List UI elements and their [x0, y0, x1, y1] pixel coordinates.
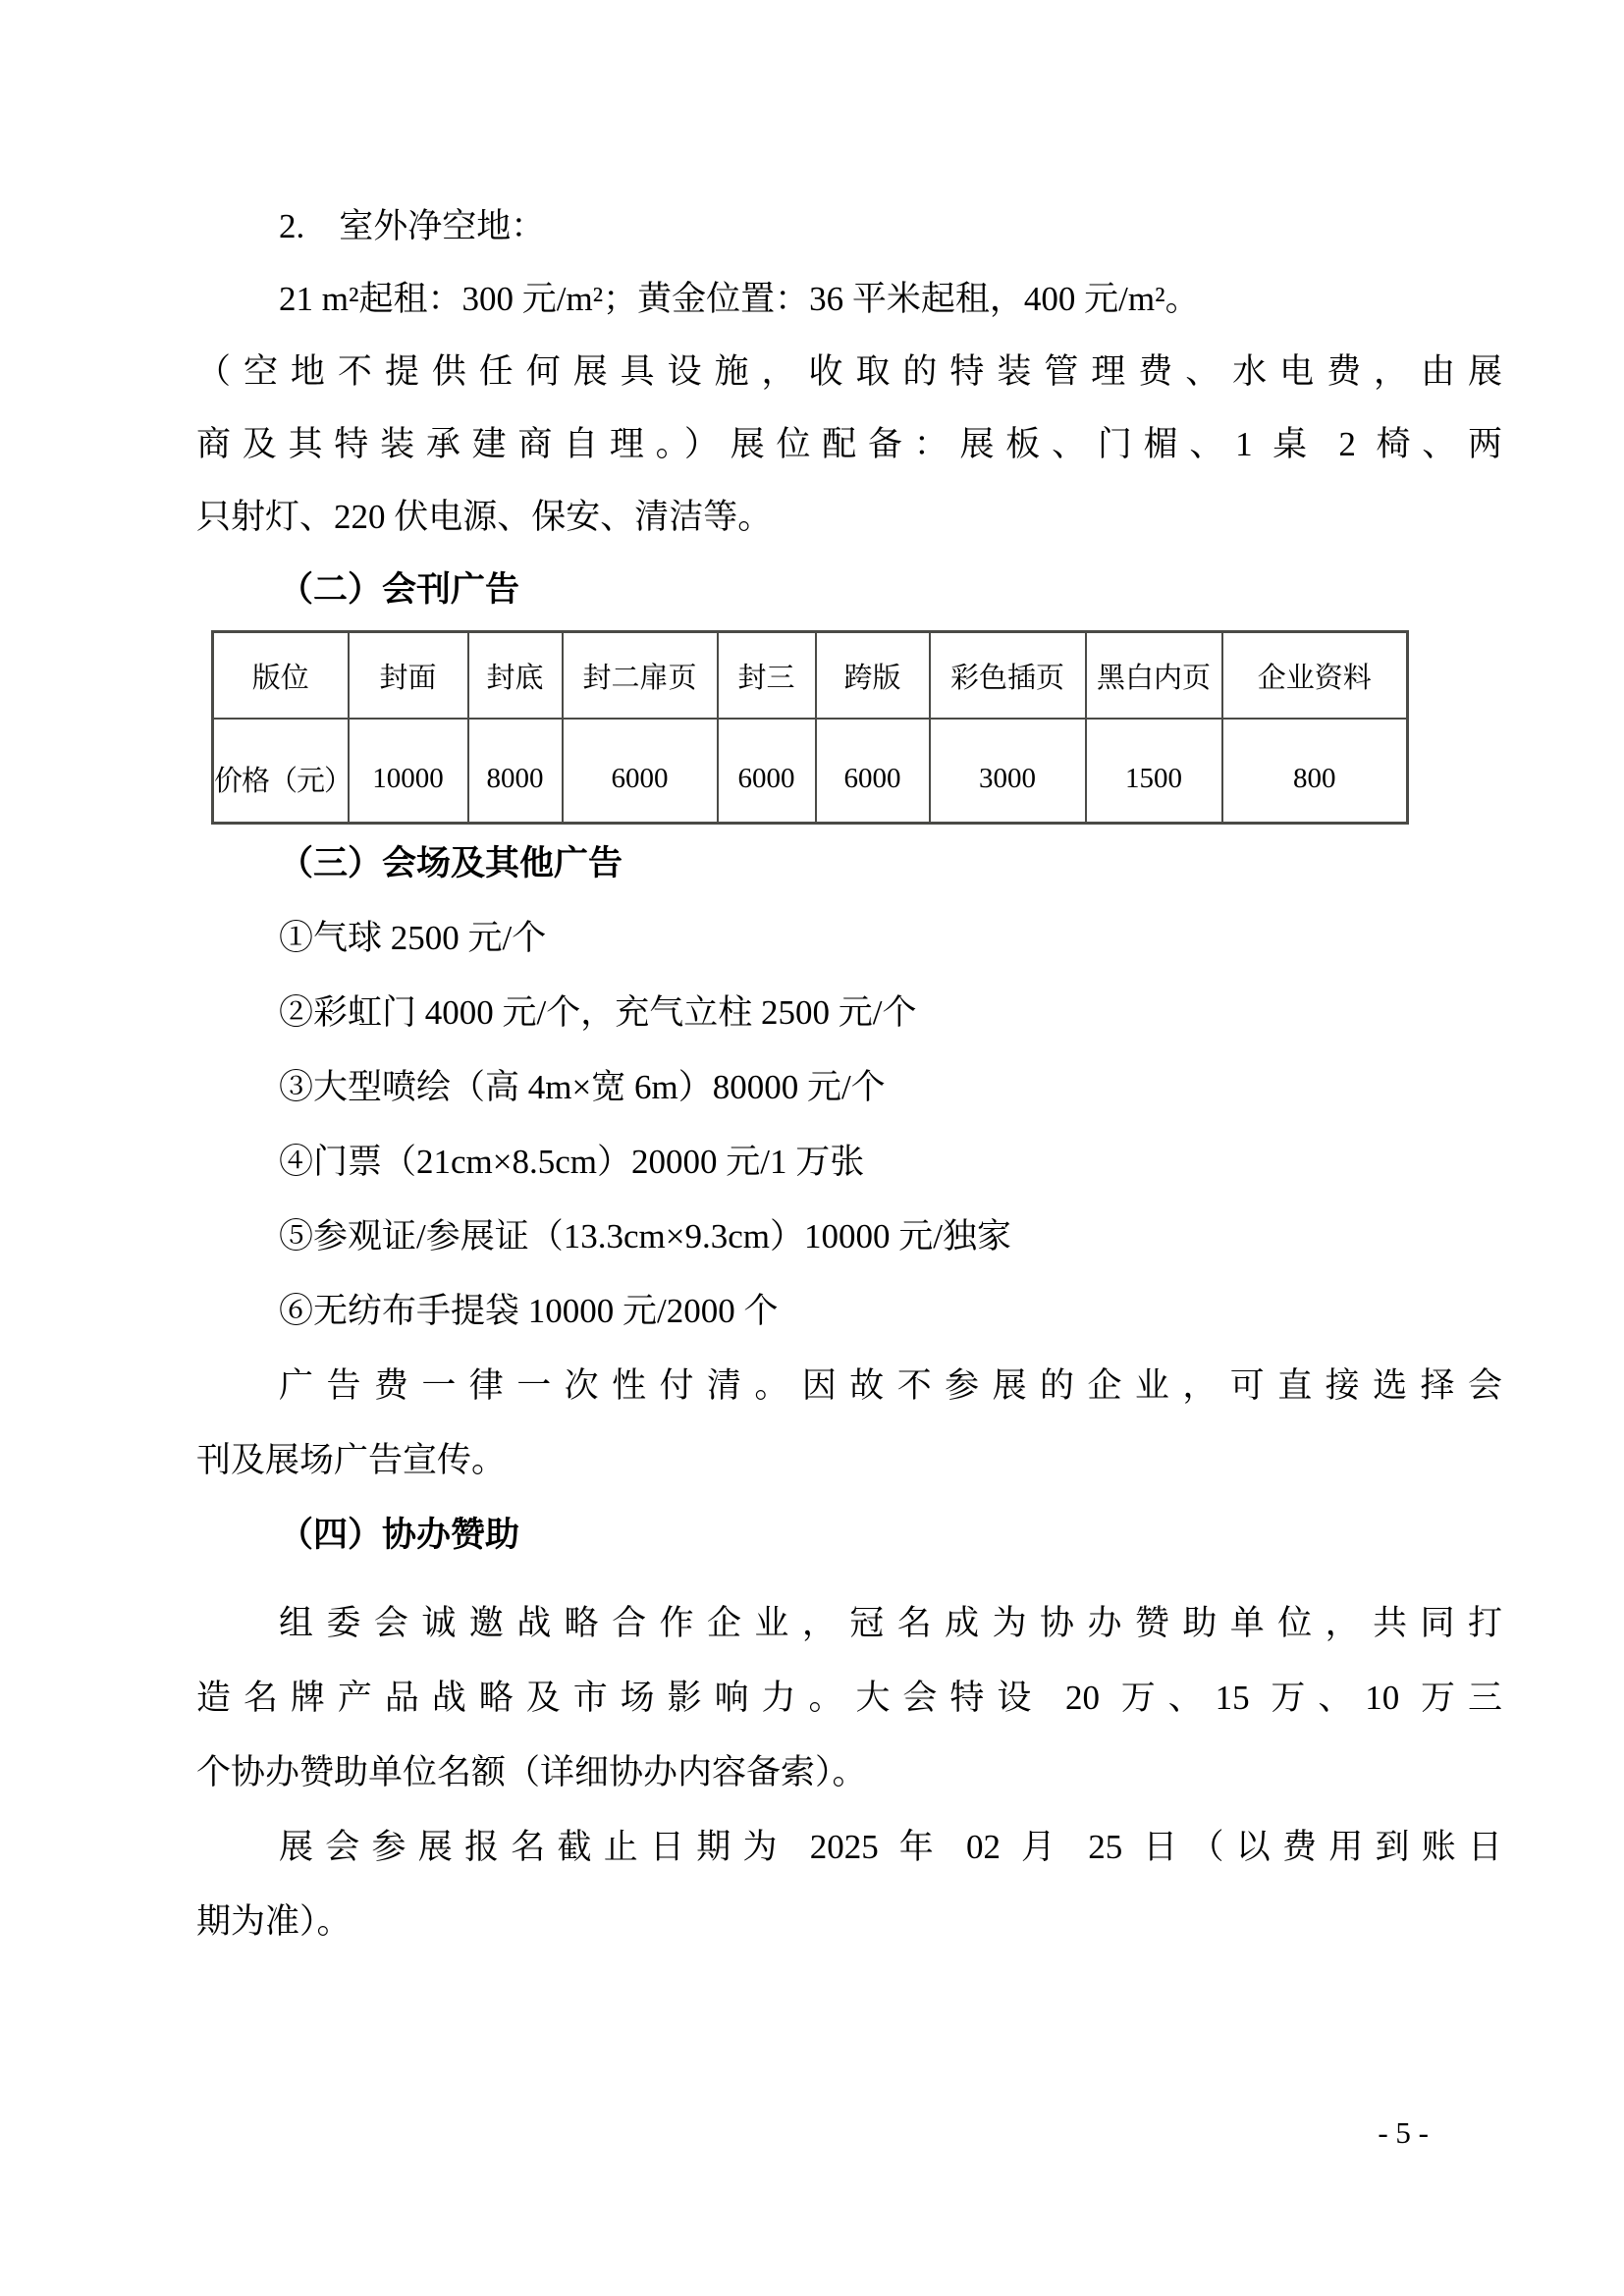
journal-ads-heading: （二）会刊广告 — [196, 554, 1502, 626]
header-cell-color-insert: 彩色插页 — [930, 632, 1086, 720]
price-front-cover: 10000 — [349, 719, 468, 824]
document-body: 2. 室外净空地： 21 m²起租：300 元/m²；黄金位置：36 平米起租，… — [0, 0, 1624, 1959]
header-cell-front-cover: 封面 — [349, 632, 468, 720]
section-outdoor-space: 2. 室外净空地： 21 m²起租：300 元/m²；黄金位置：36 平米起租，… — [196, 190, 1502, 626]
price-back-cover: 8000 — [468, 719, 563, 824]
price-row-label: 价格（元） — [213, 719, 349, 824]
venue-item-ticket: ④门票（21cm×8.5cm）20000 元/1 万张 — [196, 1125, 1502, 1200]
price-bw-page: 1500 — [1086, 719, 1222, 824]
venue-item-tote-bag: ⑥无纺布手提袋 10000 元/2000 个 — [196, 1274, 1502, 1349]
page-number: - 5 - — [1378, 2110, 1429, 2156]
header-cell-back-cover: 封底 — [468, 632, 563, 720]
header-cell-spread: 跨版 — [816, 632, 930, 720]
sponsor-line-2: 造名牌产品战略及市场影响力。大会特设 20 万、15 万、10 万三 — [196, 1661, 1502, 1735]
outdoor-price-line: 21 m²起租：300 元/m²；黄金位置：36 平米起租，400 元/m²。 — [196, 263, 1502, 336]
table-price-row: 价格（元） 10000 8000 6000 6000 6000 3000 150… — [213, 719, 1408, 824]
deadline-line-1: 展会参展报名截止日期为 2025 年 02 月 25 日（以费用到账日 — [196, 1810, 1502, 1885]
venue-ads-heading: （三）会场及其他广告 — [196, 827, 1502, 901]
ads-payment-note-line-1: 广告费一律一次性付清。因故不参展的企业，可直接选择会 — [196, 1349, 1502, 1423]
document-page: 2. 室外净空地： 21 m²起租：300 元/m²；黄金位置：36 平米起租，… — [0, 0, 1624, 2296]
section-venue-ads: （三）会场及其他广告 ①气球 2500 元/个 ②彩虹门 4000 元/个，充气… — [196, 827, 1502, 1959]
price-inside-front: 6000 — [563, 719, 718, 824]
table-header-row: 版位 封面 封底 封二扉页 封三 跨版 彩色插页 黑白内页 企业资料 — [213, 632, 1408, 720]
venue-item-inkjet-print: ③大型喷绘（高 4m×宽 6m）80000 元/个 — [196, 1050, 1502, 1125]
journal-ad-price-table: 版位 封面 封底 封二扉页 封三 跨版 彩色插页 黑白内页 企业资料 价格（元）… — [211, 630, 1409, 825]
deadline-line-2: 期为准）。 — [196, 1885, 1502, 1959]
header-cell-bw-page: 黑白内页 — [1086, 632, 1222, 720]
header-cell-position: 版位 — [213, 632, 349, 720]
ads-payment-note-line-2: 刊及展场广告宣传。 — [196, 1423, 1502, 1498]
outdoor-title-line: 2. 室外净空地： — [196, 190, 1502, 263]
price-spread: 6000 — [816, 719, 930, 824]
venue-item-balloon: ①气球 2500 元/个 — [196, 901, 1502, 976]
outdoor-note-line-2: 商及其特装承建商自理。）展位配备：展板、门楣、1 桌 2 椅、两 — [196, 408, 1502, 481]
sponsor-line-1: 组委会诚邀战略合作企业，冠名成为协办赞助单位，共同打 — [196, 1586, 1502, 1661]
header-cell-inside-front: 封二扉页 — [563, 632, 718, 720]
outdoor-note-line-1: （空地不提供任何展具设施，收取的特装管理费、水电费，由展 — [196, 336, 1502, 408]
header-cell-inside-back: 封三 — [718, 632, 816, 720]
header-cell-company-info: 企业资料 — [1222, 632, 1408, 720]
price-company-info: 800 — [1222, 719, 1408, 824]
price-color-insert: 3000 — [930, 719, 1086, 824]
price-inside-back: 6000 — [718, 719, 816, 824]
venue-item-badge: ⑤参观证/参展证（13.3cm×9.3cm）10000 元/独家 — [196, 1200, 1502, 1274]
sponsor-line-3: 个协办赞助单位名额（详细协办内容备索）。 — [196, 1735, 1502, 1810]
venue-item-rainbow-gate: ②彩虹门 4000 元/个，充气立柱 2500 元/个 — [196, 976, 1502, 1050]
outdoor-note-line-3: 只射灯、220 伏电源、保安、清洁等。 — [196, 481, 1502, 554]
sponsor-heading: （四）协办赞助 — [196, 1498, 1502, 1573]
